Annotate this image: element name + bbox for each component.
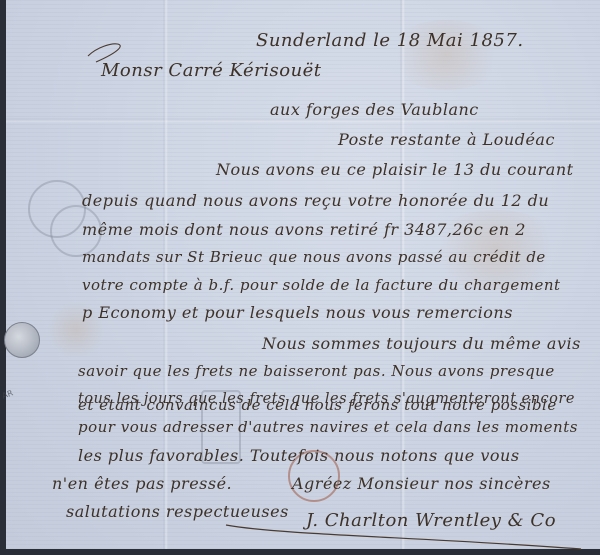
body-line: mandats sur St Brieuc que nous avons pas…: [82, 248, 546, 266]
postmark-text: AR: [1, 388, 14, 400]
body-line: Nous avons eu ce plaisir le 13 du couran…: [216, 160, 574, 179]
signature-flourish-icon: [221, 515, 600, 549]
body-line: votre compte à b.f. pour solde de la fac…: [82, 276, 561, 294]
recipient-address-line3: Poste restante à Loudéac: [338, 130, 555, 149]
body-line: savoir que les frets ne baisseront pas. …: [78, 362, 555, 380]
salutation-flourish-icon: [86, 36, 206, 66]
body-line: p Economy et pour lesquels nous vous rem…: [82, 303, 513, 322]
body-line: depuis quand nous avons reçu votre honor…: [82, 191, 549, 210]
body-line: pour vous adresser d'autres navires et c…: [78, 418, 578, 436]
body-line: Agréez Monsieur nos sincères: [292, 474, 551, 493]
recipient-address-line2: aux forges des Vaublanc: [270, 100, 479, 119]
wax-seal-icon: [4, 322, 40, 358]
body-line: même mois dont nous avons retiré fr 3487…: [82, 220, 526, 239]
body-line: et étant convaincus de cela nous ferons …: [78, 396, 557, 414]
body-line: Nous sommes toujours du même avis: [262, 334, 581, 353]
body-line: les plus favorables. Toutefois nous noto…: [78, 446, 520, 465]
place-date: Sunderland le 18 Mai 1857.: [256, 30, 524, 51]
body-line: n'en êtes pas pressé.: [52, 474, 232, 493]
letter-sheet: AR Sunderland le 18 Mai 1857. Monsr Carr…: [6, 0, 600, 549]
